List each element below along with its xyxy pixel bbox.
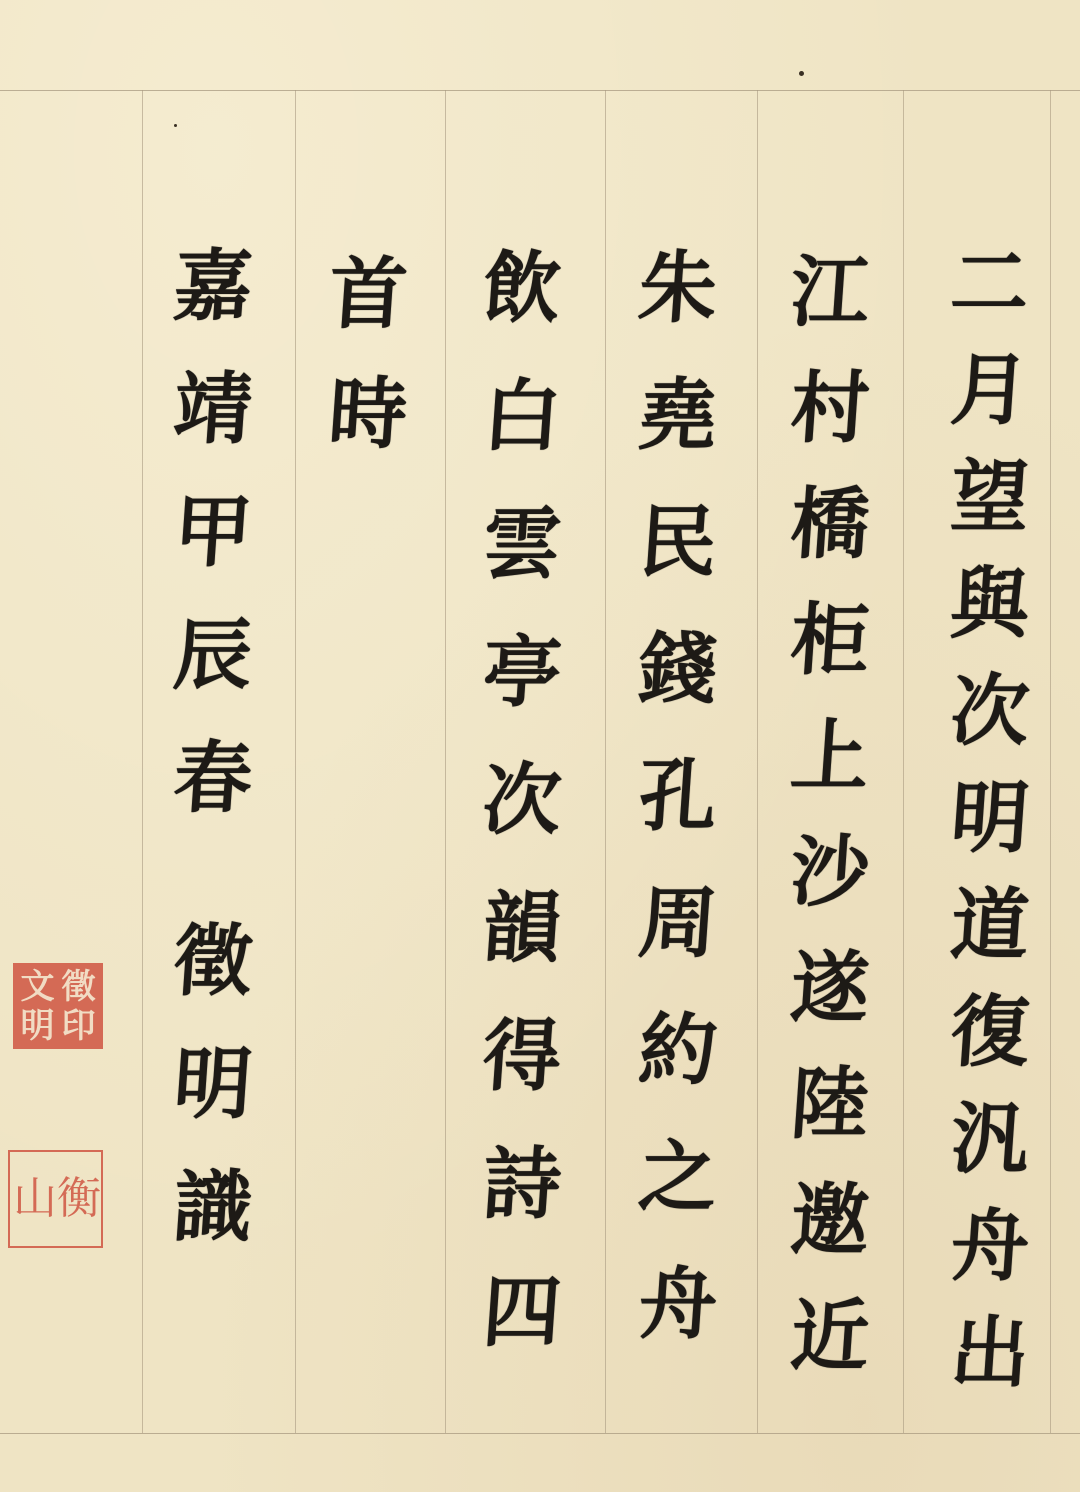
- text-column-3: 朱 堯 民 錢 孔 周 約 之 舟: [628, 225, 728, 1368]
- character: 陸: [787, 1047, 873, 1163]
- character: 舟: [947, 1193, 1032, 1300]
- character: 甲: [170, 471, 257, 594]
- seal-character: 徵: [58, 967, 99, 1006]
- character: 靖: [170, 348, 257, 471]
- character: 徵: [170, 900, 257, 1023]
- character: 橋: [787, 467, 873, 583]
- character: 民: [635, 479, 722, 606]
- character: 復: [947, 979, 1032, 1086]
- column-rule-line: [142, 90, 143, 1433]
- column-rule-line: [903, 90, 904, 1433]
- paper-speck: [174, 124, 177, 127]
- text-column-4: 飲 白 雲 亭 次 韻 得 詩 四: [472, 225, 572, 1377]
- character: 明: [170, 1023, 257, 1146]
- character: 近: [787, 1279, 873, 1395]
- seal-character: 衡: [57, 1155, 101, 1243]
- character: 上: [787, 699, 873, 815]
- text-column-5: 首 時: [318, 235, 418, 475]
- character-gap: [211, 840, 215, 900]
- character: 汎: [947, 1086, 1032, 1193]
- character: 嘉: [170, 225, 257, 348]
- column-rule-line: [445, 90, 446, 1433]
- character: 朱: [635, 225, 722, 352]
- character: 出: [947, 1300, 1032, 1407]
- column-rule-line: [605, 90, 606, 1433]
- character: 時: [325, 355, 411, 475]
- character: 錢: [635, 606, 722, 733]
- character: 亭: [479, 609, 566, 737]
- seal-character: 山: [13, 1155, 57, 1243]
- character: 次: [479, 737, 566, 865]
- character: 月: [947, 337, 1032, 444]
- character: 首: [325, 235, 411, 355]
- character: 舟: [635, 1241, 722, 1368]
- character: 四: [479, 1249, 566, 1377]
- character: 約: [635, 987, 722, 1114]
- character: 辰: [170, 594, 257, 717]
- text-column-1: 二 月 望 與 次 明 道 復 汎 舟 出: [940, 230, 1040, 1407]
- column-rule-line: [1050, 90, 1051, 1433]
- character: 韻: [479, 865, 566, 993]
- column-rule-line: [295, 90, 296, 1433]
- character: 遂: [787, 931, 873, 1047]
- character: 村: [787, 351, 873, 467]
- seal-character: 印: [58, 1006, 99, 1045]
- character: 道: [947, 872, 1032, 979]
- character: 之: [635, 1114, 722, 1241]
- character: 次: [947, 658, 1032, 765]
- red-seal-relief: 山 衡: [8, 1150, 103, 1248]
- seal-character: 文: [17, 967, 58, 1006]
- character: 得: [479, 993, 566, 1121]
- paper-speck: [799, 71, 804, 76]
- character: 白: [479, 353, 566, 481]
- character: 識: [170, 1146, 257, 1269]
- column-rule-line: [757, 90, 758, 1433]
- seal-character: 明: [17, 1006, 58, 1045]
- character: 二: [947, 230, 1032, 337]
- top-rule-line: [0, 90, 1080, 91]
- character: 邀: [787, 1163, 873, 1279]
- text-column-2: 江 村 橋 柜 上 沙 遂 陸 邀 近: [780, 235, 880, 1395]
- character: 飲: [479, 225, 566, 353]
- red-seal-intaglio: 文 徵 明 印: [13, 963, 103, 1049]
- character: 周: [635, 860, 722, 987]
- character: 柜: [787, 583, 873, 699]
- character: 孔: [635, 733, 722, 860]
- character: 望: [947, 444, 1032, 551]
- character: 明: [947, 765, 1032, 872]
- character: 雲: [479, 481, 566, 609]
- character: 江: [787, 235, 873, 351]
- character: 與: [947, 551, 1032, 658]
- character: 春: [170, 717, 257, 840]
- character: 詩: [479, 1121, 566, 1249]
- character: 堯: [635, 352, 722, 479]
- character: 沙: [787, 815, 873, 931]
- bottom-rule-line: [0, 1433, 1080, 1434]
- signature-column: 嘉 靖 甲 辰 春 徵 明 識: [163, 225, 263, 1269]
